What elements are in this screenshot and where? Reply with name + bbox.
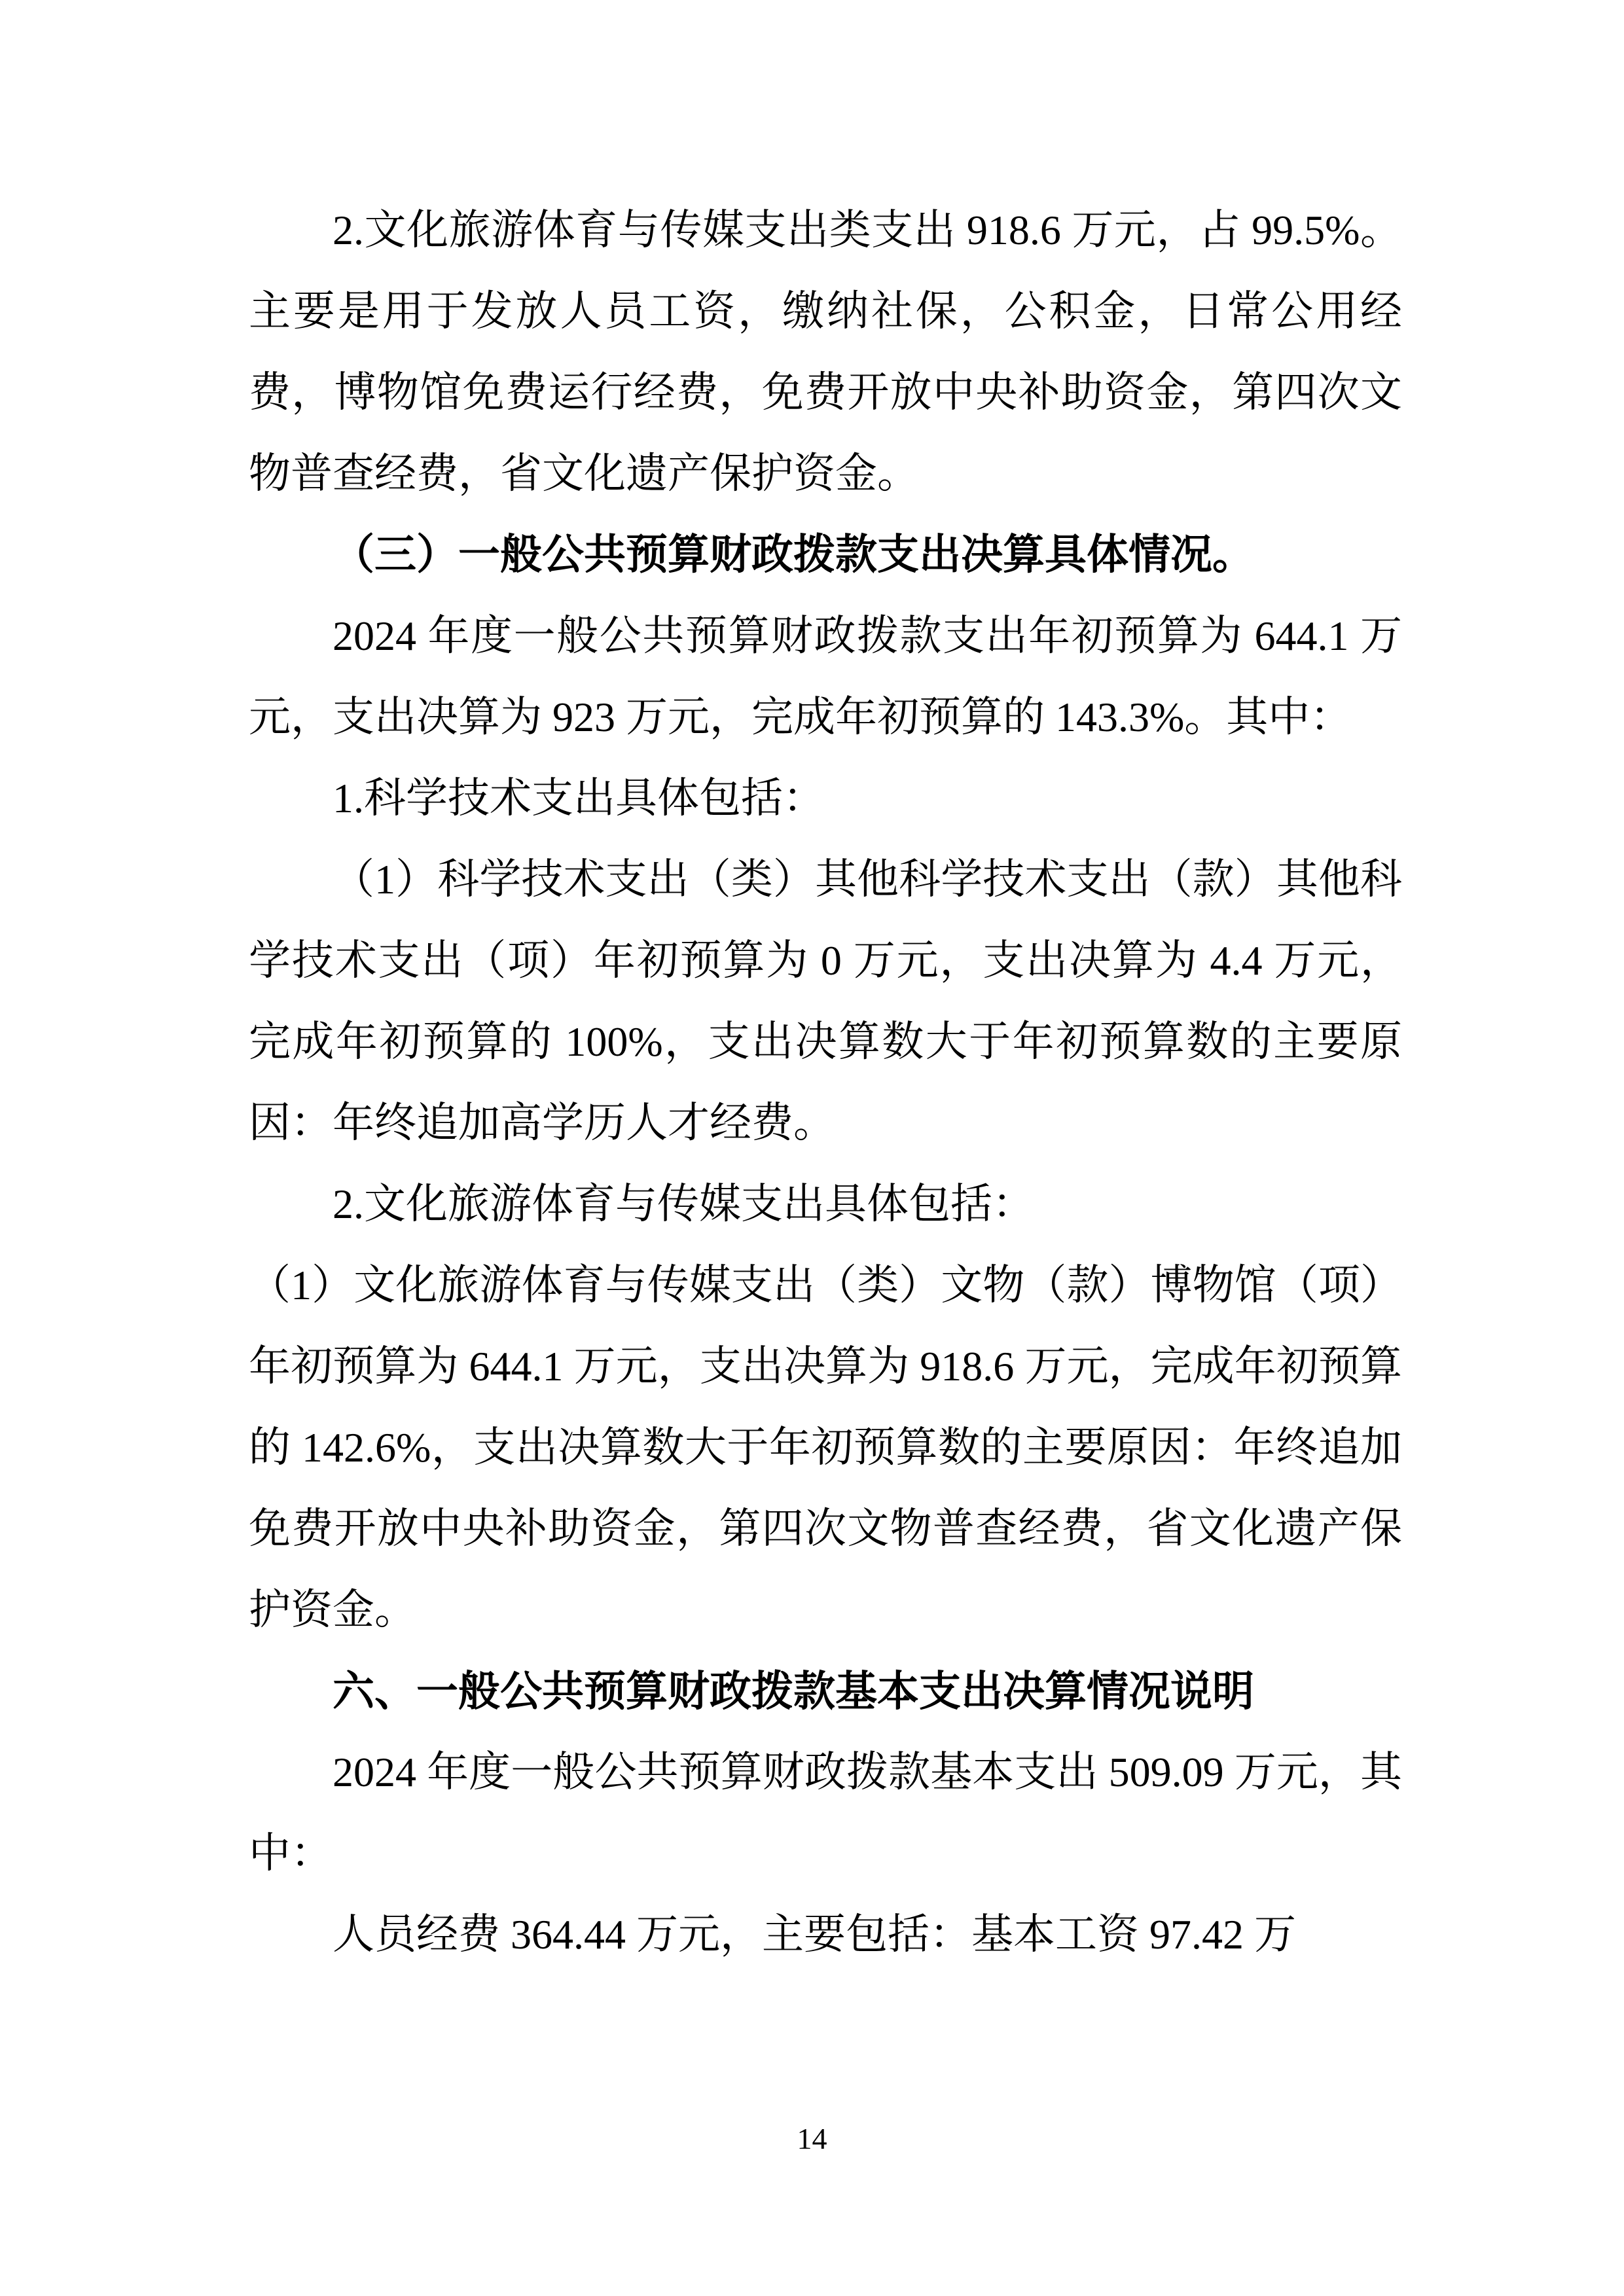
para-culture-media-intro: 2.文化旅游体育与传媒支出具体包括：: [249, 1164, 1402, 1245]
document-content: 2.文化旅游体育与传媒支出类支出 918.6 万元，占 99.5%。主要是用于发…: [249, 190, 1402, 1975]
heading-section-six: 六、一般公共预算财政拨款基本支出决算情况说明: [249, 1651, 1402, 1732]
heading-section-three: （三）一般公共预算财政拨款支出决算具体情况。: [249, 514, 1402, 596]
document-page: 2.文化旅游体育与传媒支出类支出 918.6 万元，占 99.5%。主要是用于发…: [0, 0, 1624, 2296]
para-budget-overview: 2024 年度一般公共预算财政拨款支出年初预算为 644.1 万元，支出决算为 …: [249, 596, 1402, 758]
para-culture-media-expense-summary: 2.文化旅游体育与传媒支出类支出 918.6 万元，占 99.5%。主要是用于发…: [249, 190, 1402, 514]
para-science-tech-intro: 1.科学技术支出具体包括：: [249, 758, 1402, 839]
para-personnel-expense: 人员经费 364.44 万元，主要包括：基本工资 97.42 万: [249, 1894, 1402, 1975]
para-science-tech-detail: （1）科学技术支出（类）其他科学技术支出（款）其他科学技术支出（项）年初预算为 …: [249, 839, 1402, 1164]
para-basic-expense-overview: 2024 年度一般公共预算财政拨款基本支出 509.09 万元，其中：: [249, 1732, 1402, 1894]
para-culture-media-detail: （1）文化旅游体育与传媒支出（类）文物（款）博物馆（项）年初预算为 644.1 …: [249, 1245, 1402, 1651]
page-number: 14: [0, 2119, 1624, 2159]
